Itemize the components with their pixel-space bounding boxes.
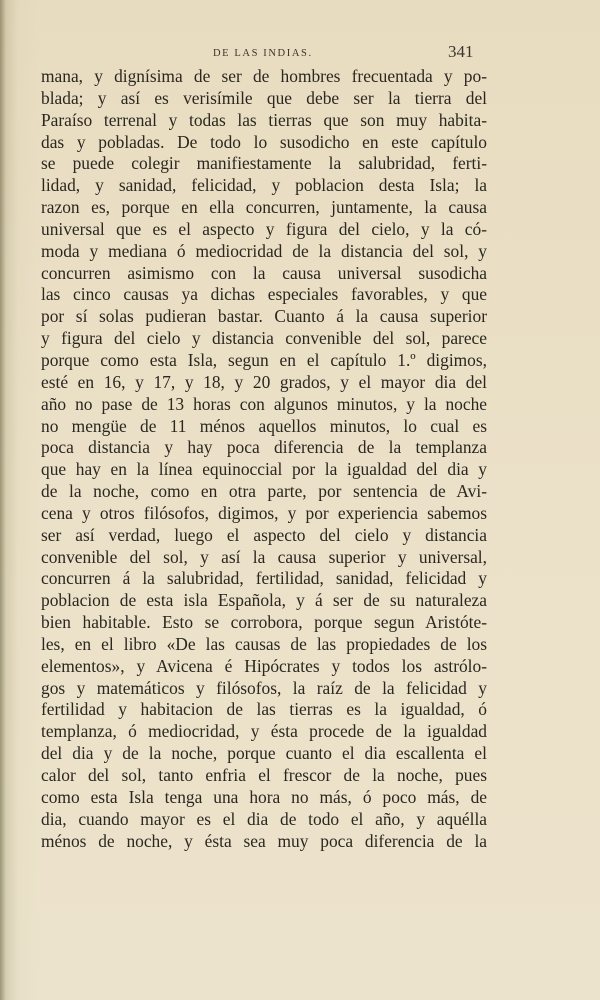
text-line: das y pobladas. De todo lo susodicho en … bbox=[41, 132, 487, 154]
text-line: concurren asimismo con la causa universa… bbox=[41, 263, 487, 285]
text-line: elementos», y Avicena é Hipócrates y tod… bbox=[41, 656, 487, 678]
text-line: razon es, porque en ella concurren, junt… bbox=[41, 197, 487, 219]
text-line: calor del sol, tanto enfria el frescor d… bbox=[41, 765, 487, 787]
text-line: esté en 16, y 17, y 18, y 20 grados, y e… bbox=[41, 372, 487, 394]
text-line: ser así verdad, luego el aspecto del cie… bbox=[41, 525, 487, 547]
text-line: del dia y de la noche, porque cuanto el … bbox=[41, 743, 487, 765]
text-line: como esta Isla tenga una hora no más, ó … bbox=[41, 787, 487, 809]
text-line: y figura del cielo y distancia convenibl… bbox=[41, 328, 487, 350]
text-line: lidad, y sanidad, felicidad, y poblacion… bbox=[41, 175, 487, 197]
page-number: 341 bbox=[448, 42, 474, 62]
text-line: dia, cuando mayor es el dia de todo el a… bbox=[41, 809, 487, 831]
text-line: concurren á la salubridad, fertilidad, s… bbox=[41, 568, 487, 590]
text-line: año no pase de 13 horas con algunos minu… bbox=[41, 394, 487, 416]
text-line: ménos de noche, y ésta sea muy poca dife… bbox=[41, 831, 487, 853]
text-line: gos y matemáticos y filósofos, la raíz d… bbox=[41, 678, 487, 700]
text-line: mana, y dignísima de ser de hombres frec… bbox=[41, 66, 487, 88]
text-line: blada; y así es verisímile que debe ser … bbox=[41, 88, 487, 110]
book-page: DE LAS INDIAS. 341 mana, y dignísima de … bbox=[0, 0, 600, 1000]
text-line: de la noche, como en otra parte, por sen… bbox=[41, 481, 487, 503]
text-line: poca distancia y hay poca diferencia de … bbox=[41, 437, 487, 459]
running-title: DE LAS INDIAS. bbox=[213, 48, 313, 59]
body-text: mana, y dignísima de ser de hombres frec… bbox=[41, 66, 487, 852]
text-line: poblacion de esta isla Española, y á ser… bbox=[41, 590, 487, 612]
text-line: se puede colegir manifiestamente la salu… bbox=[41, 153, 487, 175]
text-line: no mengüe de 11 ménos aquellos minutos, … bbox=[41, 416, 487, 438]
text-line: convenible del sol, y así la causa super… bbox=[41, 547, 487, 569]
text-line: moda y mediana ó mediocridad de la dista… bbox=[41, 241, 487, 263]
running-head: DE LAS INDIAS. 341 bbox=[0, 42, 600, 62]
text-line: las cinco causas ya dichas especiales fa… bbox=[41, 284, 487, 306]
text-line: que hay en la línea equinoccial por la i… bbox=[41, 459, 487, 481]
text-line: bien habitable. Esto se corrobora, porqu… bbox=[41, 612, 487, 634]
text-line: por sí solas pudieran bastar. Cuanto á l… bbox=[41, 306, 487, 328]
text-line: templanza, ó mediocridad, y ésta procede… bbox=[41, 721, 487, 743]
text-line: les, en el libro «De las causas de las p… bbox=[41, 634, 487, 656]
text-line: porque como esta Isla, segun en el capít… bbox=[41, 350, 487, 372]
text-line: fertilidad y habitacion de las tierras e… bbox=[41, 699, 487, 721]
text-line: universal que es el aspecto y figura del… bbox=[41, 219, 487, 241]
text-line: cena y otros filósofos, digimos, y por e… bbox=[41, 503, 487, 525]
text-line: Paraíso terrenal y todas las tierras que… bbox=[41, 110, 487, 132]
